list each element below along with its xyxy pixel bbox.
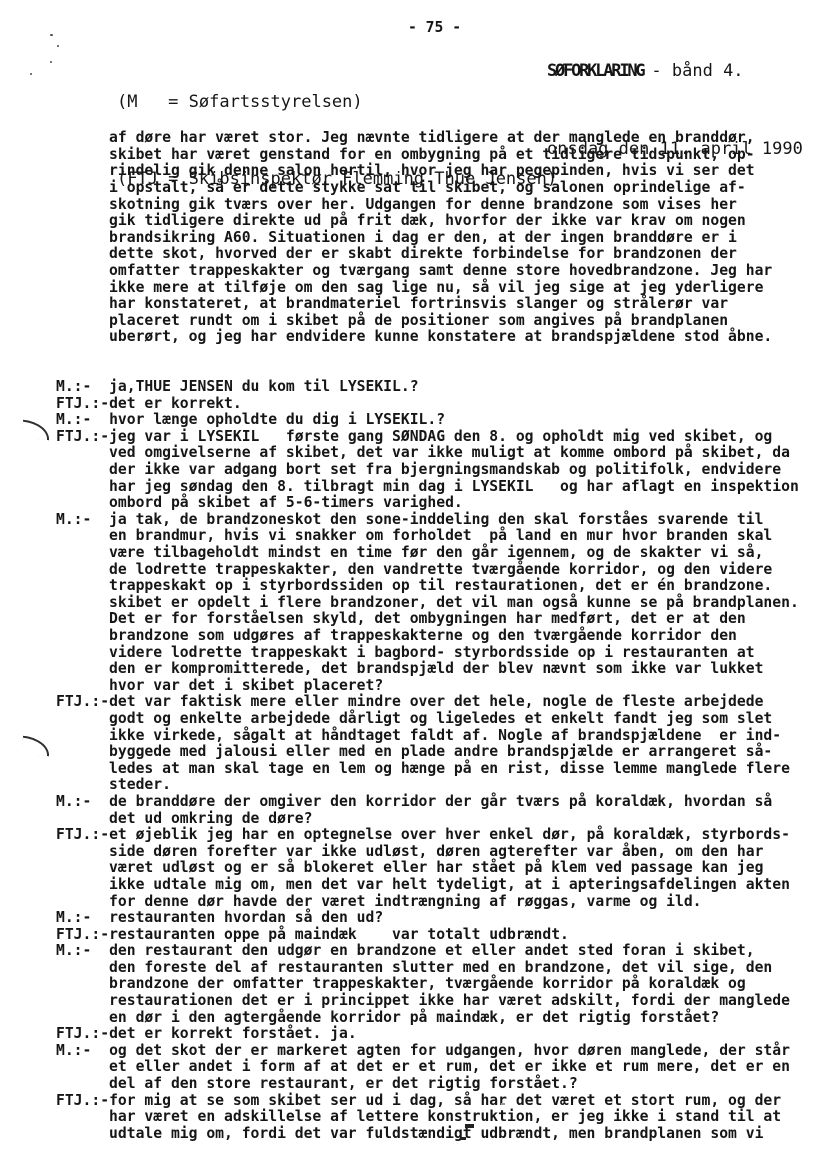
document-page: - 75 - SØFORKLARING- bånd 4. onsdag den … bbox=[0, 0, 828, 1169]
dialogue-text: ja,THUE JENSEN du kom til LYSEKIL.? bbox=[109, 378, 419, 395]
speaker-label: M.:- bbox=[56, 1042, 109, 1059]
speaker-label: M.:- bbox=[56, 793, 109, 810]
dialogue-entry: M.:- ja tak, de brandzoneskot den sone-i… bbox=[56, 512, 799, 695]
dialogue-text: for mig at se som skibet ser ud i dag, s… bbox=[56, 1092, 781, 1142]
transcript-body: af døre har været stor. Jeg nævnte tidli… bbox=[56, 97, 799, 1169]
dialogue-entry: FTJ.:-det var faktisk mere eller mindre … bbox=[56, 694, 799, 794]
dialogue-entry: M.:- og det skot der er markeret agten f… bbox=[56, 1043, 799, 1093]
dialogue-text: den restaurant den udgør en brandzone et… bbox=[56, 942, 790, 1025]
dialogue-text: de branddøre der omgiver den korridor de… bbox=[56, 793, 772, 827]
header-title-rest: - bånd 4. bbox=[651, 61, 743, 81]
dialogue-entry: FTJ.:-jeg var i LYSEKIL første gang SØND… bbox=[56, 429, 799, 512]
dialogue-entry: M.:- restauranten hvordan så den ud? bbox=[56, 910, 799, 927]
speaker-label: FTJ.:- bbox=[56, 926, 109, 943]
dialogue-entry: M.:- hvor længe opholdte du dig i LYSEKI… bbox=[56, 412, 799, 429]
opening-paragraph: af døre har været stor. Jeg nævnte tidli… bbox=[56, 130, 799, 346]
speaker-label: M.:- bbox=[56, 411, 109, 428]
dialogue-text: det er korrekt forstået. ja. bbox=[109, 1025, 357, 1042]
speaker-label: FTJ.:- bbox=[56, 428, 109, 445]
speaker-label: FTJ.:- bbox=[56, 826, 109, 843]
ink-mark bbox=[460, 1137, 466, 1140]
dialogue-text: og det skot der er markeret agten for ud… bbox=[56, 1042, 790, 1092]
ink-mark bbox=[465, 1124, 474, 1128]
header-title: SØFORKLARING- bånd 4. bbox=[547, 58, 803, 84]
ink-speck bbox=[57, 45, 59, 47]
speaker-label: M.:- bbox=[56, 511, 109, 528]
speaker-label: FTJ.:- bbox=[56, 1092, 109, 1109]
dialogue-text: et øjeblik jeg har en optegnelse over hv… bbox=[56, 826, 790, 909]
dialogue-entry: M.:- den restaurant den udgør en brandzo… bbox=[56, 943, 799, 1026]
speaker-label: M.:- bbox=[56, 909, 109, 926]
dialogue-text: det er korrekt. bbox=[109, 395, 242, 412]
dialogue-text: restauranten oppe på maindæk var totalt … bbox=[109, 926, 569, 943]
page-number: - 75 - bbox=[408, 20, 461, 36]
ink-mark bbox=[501, 1103, 505, 1105]
speaker-label: FTJ.:- bbox=[56, 1025, 109, 1042]
dialogue-text: ja tak, de brandzoneskot den sone-inddel… bbox=[56, 511, 799, 694]
dialogue-text: jeg var i LYSEKIL første gang SØNDAG den… bbox=[56, 428, 799, 511]
dialogue-text: restauranten hvordan så den ud? bbox=[109, 909, 383, 926]
dialogue-text: hvor længe opholdte du dig i LYSEKIL.? bbox=[109, 411, 445, 428]
dialogue-entry: FTJ.:-restauranten oppe på maindæk var t… bbox=[56, 927, 799, 944]
dialogue-text: det var faktisk mere eller mindre over d… bbox=[56, 693, 790, 793]
dialogue-entry: M.:- ja,THUE JENSEN du kom til LYSEKIL.? bbox=[56, 379, 799, 396]
dialogue: M.:- ja,THUE JENSEN du kom til LYSEKIL.?… bbox=[56, 379, 799, 1142]
ink-speck bbox=[50, 34, 53, 36]
header-title-brand: SØFORKLARING bbox=[547, 61, 643, 81]
dialogue-entry: FTJ.:-et øjeblik jeg har en optegnelse o… bbox=[56, 827, 799, 910]
dialogue-entry: M.:- de branddøre der omgiver den korrid… bbox=[56, 794, 799, 827]
ink-speck bbox=[30, 73, 32, 75]
speaker-label: M.:- bbox=[56, 942, 109, 959]
margin-pen-stroke bbox=[21, 736, 51, 757]
speaker-label: FTJ.:- bbox=[56, 395, 109, 412]
ink-speck bbox=[50, 61, 52, 63]
dialogue-entry: FTJ.:-det er korrekt forstået. ja. bbox=[56, 1026, 799, 1043]
speaker-label: M.:- bbox=[56, 378, 109, 395]
speaker-label: FTJ.:- bbox=[56, 693, 109, 710]
dialogue-entry: FTJ.:-det er korrekt. bbox=[56, 396, 799, 413]
dialogue-entry: FTJ.:-for mig at se som skibet ser ud i … bbox=[56, 1093, 799, 1143]
margin-pen-stroke bbox=[21, 420, 51, 441]
